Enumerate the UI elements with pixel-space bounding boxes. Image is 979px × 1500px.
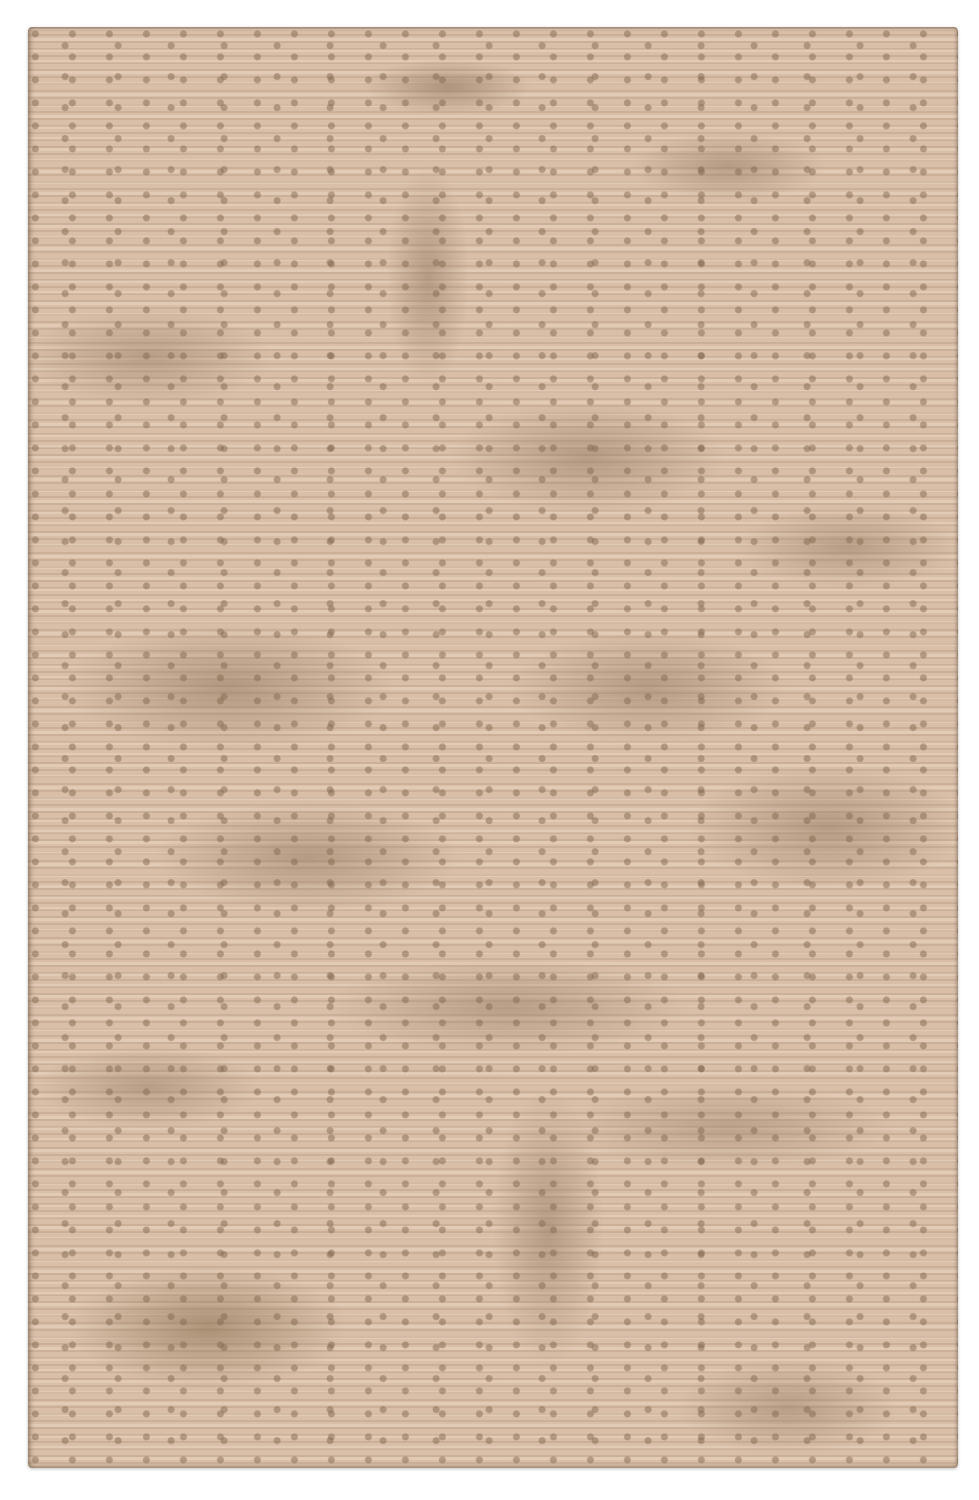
- rug: [28, 27, 958, 1468]
- rug-edge-binding: [28, 27, 958, 1468]
